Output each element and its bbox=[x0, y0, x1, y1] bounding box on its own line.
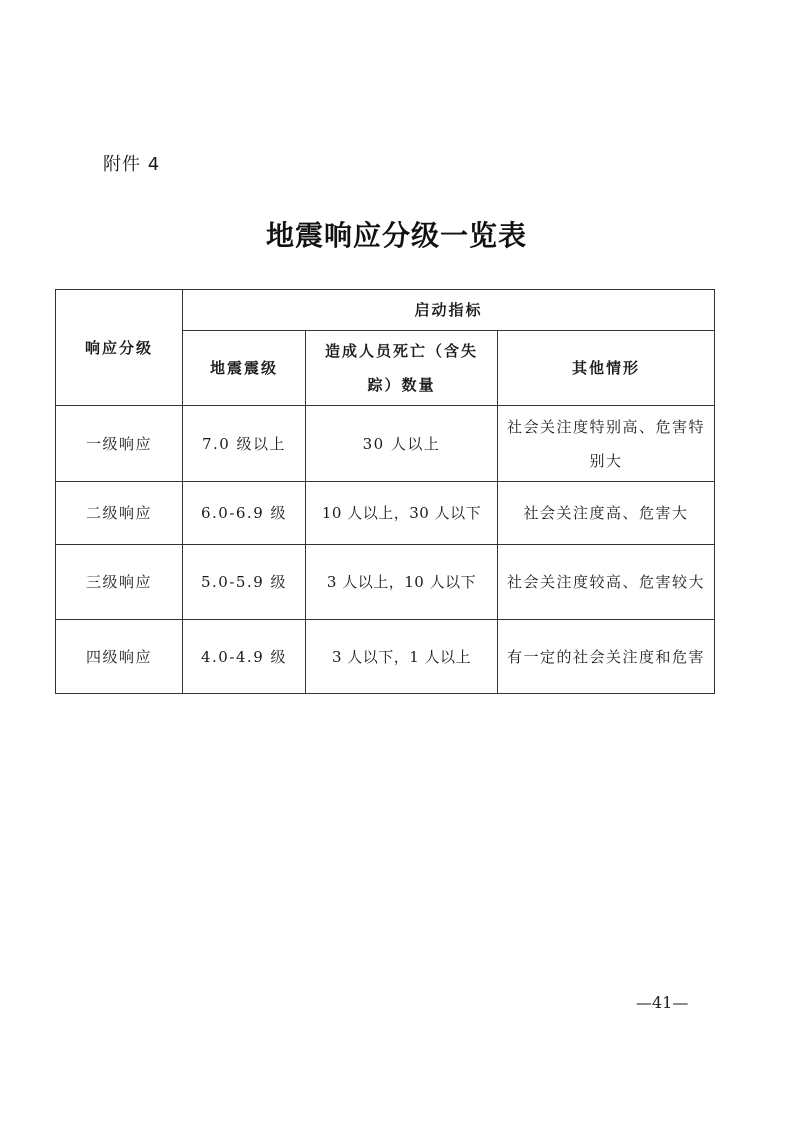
attachment-label: 附件 4 bbox=[103, 150, 160, 176]
response-level-cell: 四级响应 bbox=[56, 620, 183, 694]
response-level-cell: 一级响应 bbox=[56, 406, 183, 482]
other-cell: 社会关注度较高、危害较大 bbox=[498, 545, 715, 620]
response-level-cell: 三级响应 bbox=[56, 545, 183, 620]
casualties-cell: 10 人以上，30 人以下 bbox=[306, 482, 498, 545]
header-row: 响应分级 启动指标 bbox=[56, 290, 715, 331]
magnitude-cell: 7.0 级以上 bbox=[183, 406, 306, 482]
other-cell: 社会关注度特别高、危害特别大 bbox=[498, 406, 715, 482]
magnitude-cell: 5.0-5.9 级 bbox=[183, 545, 306, 620]
header-magnitude: 地震震级 bbox=[183, 331, 306, 406]
other-cell: 社会关注度高、危害大 bbox=[498, 482, 715, 545]
magnitude-cell: 4.0-4.9 级 bbox=[183, 620, 306, 694]
magnitude-cell: 6.0-6.9 级 bbox=[183, 482, 306, 545]
header-response-level: 响应分级 bbox=[56, 290, 183, 406]
casualties-cell: 3 人以上，10 人以下 bbox=[306, 545, 498, 620]
earthquake-response-grading-table: 响应分级 启动指标 地震震级 造成人员死亡（含失踪）数量 其他情形 一级响应 7… bbox=[55, 289, 715, 694]
table-row: 四级响应 4.0-4.9 级 3 人以下，1 人以上 有一定的社会关注度和危害 bbox=[56, 620, 715, 694]
header-start-indicators: 启动指标 bbox=[183, 290, 715, 331]
casualties-cell: 30 人以上 bbox=[306, 406, 498, 482]
page-title: 地震响应分级一览表 bbox=[0, 214, 793, 254]
other-cell: 有一定的社会关注度和危害 bbox=[498, 620, 715, 694]
casualties-cell: 3 人以下，1 人以上 bbox=[306, 620, 498, 694]
response-level-cell: 二级响应 bbox=[56, 482, 183, 545]
table-row: 一级响应 7.0 级以上 30 人以上 社会关注度特别高、危害特别大 bbox=[56, 406, 715, 482]
table-row: 三级响应 5.0-5.9 级 3 人以上，10 人以下 社会关注度较高、危害较大 bbox=[56, 545, 715, 620]
table-row: 二级响应 6.0-6.9 级 10 人以上，30 人以下 社会关注度高、危害大 bbox=[56, 482, 715, 545]
page-number: —41— bbox=[636, 993, 688, 1012]
header-casualties: 造成人员死亡（含失踪）数量 bbox=[306, 331, 498, 406]
header-other: 其他情形 bbox=[498, 331, 715, 406]
